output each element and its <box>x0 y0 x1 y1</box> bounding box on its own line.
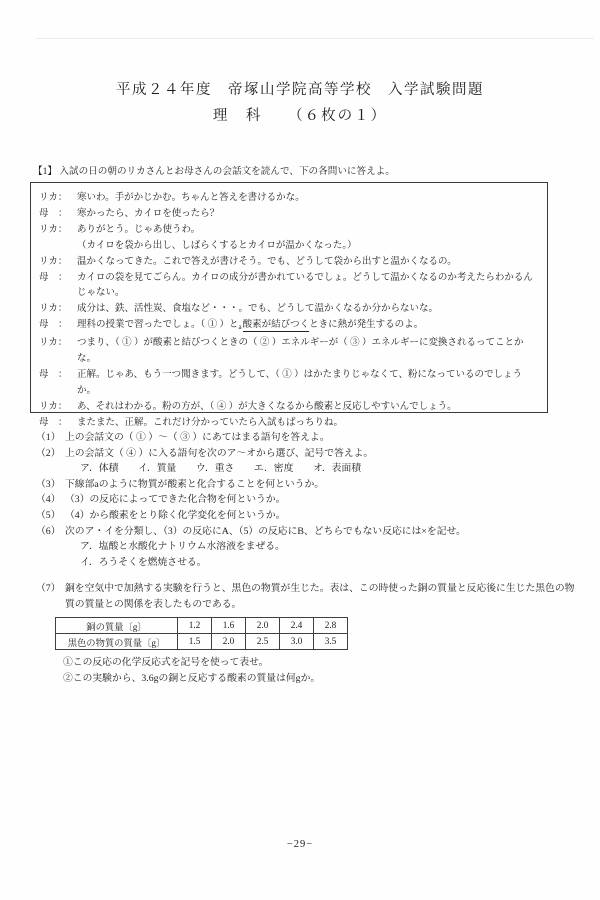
underlined-phrase: 酸素が結びつく <box>243 320 310 332</box>
dialogue-text: 温かくなってきた。これで答えが書けそう。でも、どうして袋から出すと温かくなるの。 <box>77 255 538 271</box>
dialogue-speaker: リカ： <box>39 255 77 271</box>
question-item-6: （6） 次のア・イを分類し、（3）の反応にA、（5）の反応にB、どちらでもない反… <box>36 524 578 540</box>
dialogue-line: 母 ： カイロの袋を見てごらん。カイロの成分が書かれているでしょ。どうして温かく… <box>39 271 538 303</box>
table-value-cell: 3.5 <box>314 634 348 650</box>
dialogue-line: （カイロを袋から出し、しばらくするとカイロが温かくなった。） <box>39 239 538 255</box>
dialogue-line: リカ： 温かくなってきた。これで答えが書けそう。でも、どうして袋から出すと温かく… <box>39 255 538 271</box>
question-label: （2） <box>36 446 65 462</box>
table-value-cell: 2.8 <box>314 618 348 634</box>
dialogue-text: ありがとう。じゃあ使うわ。 <box>77 223 538 239</box>
dialogue-speaker: リカ： <box>39 191 77 207</box>
question-item-7: （7） 銅を空気中で加熱する実験を行うと、黒色の物質が生じた。表は、この時使った… <box>36 581 578 613</box>
subquestion-list: ①この反応の化学反応式を記号を使って表せ。 ②この実験から、3.6gの銅と反応す… <box>63 655 543 687</box>
subquestion-1: ①この反応の化学反応式を記号を使って表せ。 <box>63 655 543 671</box>
table-value-cell: 2.4 <box>280 618 314 634</box>
underline-marker-a: a <box>239 323 242 331</box>
table-row-copper: 銅の質量〔g〕 1.2 1.6 2.0 2.4 2.8 <box>56 618 348 634</box>
dialogue-line: 母 ： 寒かったら、カイロを使ったら？ <box>39 207 538 223</box>
dialogue-text-post: ときに熱が発生するのよ。 <box>309 320 423 330</box>
dialogue-text: カイロの袋を見てごらん。カイロの成分が書かれているでしょ。どうして温かくなるのか… <box>77 271 538 303</box>
dialogue-text: 成分は、鉄、活性炭、食塩など・・・。でも、どうして温かくなるか分からないな。 <box>77 302 538 318</box>
dialogue-speaker: リカ： <box>39 400 77 416</box>
dialogue-speaker <box>39 239 77 255</box>
question-list: （1） 上の会話文の（ ① ）～（ ③ ）にあてはまる語句を答えよ。 （2） 上… <box>36 430 578 570</box>
subquestion-2: ②この実験から、3.6gの銅と反応する酸素の質量は何gか。 <box>63 671 543 687</box>
question-2-options: ア．体積 イ．質量 ウ．重さ エ．密度 オ．表面積 <box>36 461 578 477</box>
question-item-2: （2） 上の会話文（ ④ ）に入る語句を次のア～オから選び、記号で答えよ。 <box>36 446 578 462</box>
question-6-option-a: ア．塩酸と水酸化ナトリウム水溶液をまぜる。 <box>36 539 578 555</box>
dialogue-text: つまり、（ ① ）が酸素と結びつくときの（ ② ）エネルギーが（ ③ ）エネルギ… <box>77 336 538 368</box>
question-item-5: （5） （4）から酸素をとり除く化学変化を何というか。 <box>36 508 578 524</box>
question-text: 銅を空気中で加熱する実験を行うと、黒色の物質が生じた。表は、この時使った銅の質量… <box>65 581 578 613</box>
dialogue-text: あ、それはわかる。粉の方が、（ ④ ）が大きくなるから酸素と反応しやすいんでしょ… <box>77 400 538 416</box>
question-text: （4）から酸素をとり除く化学変化を何というか。 <box>65 508 578 524</box>
question-text: 次のア・イを分類し、（3）の反応にA、（5）の反応にB、どちらでもない反応には×… <box>65 524 578 540</box>
table-value-cell: 1.6 <box>212 618 246 634</box>
question-item-1: （1） 上の会話文の（ ① ）～（ ③ ）にあてはまる語句を答えよ。 <box>36 430 578 446</box>
dialogue-text-pre: 理科の授業で習ったでしょ。（ ① ）と <box>77 320 239 330</box>
table-row-black-substance: 黒色の物質の質量〔g〕 1.5 2.0 2.5 3.0 3.5 <box>56 634 348 650</box>
question-label: （1） <box>36 430 65 446</box>
question-text: （3）の反応によってできた化合物を何というか。 <box>65 492 578 508</box>
dialogue-text: （カイロを袋から出し、しばらくするとカイロが温かくなった。） <box>77 239 538 255</box>
dialogue-speaker: 母 ： <box>39 318 77 336</box>
scan-artifact-line <box>36 38 594 39</box>
question-6-option-i: イ．ろうそくを燃焼させる。 <box>36 555 578 571</box>
question-label: （3） <box>36 477 65 493</box>
question-label: （4） <box>36 492 65 508</box>
dialogue-box: リカ： 寒いわ。手がかじかむ。ちゃんと答えを書けるかな。 母 ： 寒かったら、カ… <box>30 182 548 413</box>
question-text: 上の会話文（ ④ ）に入る語句を次のア～オから選び、記号で答えよ。 <box>65 446 578 462</box>
question-item-3: （3） 下線部aのように物質が酸素と化合することを何というか。 <box>36 477 578 493</box>
question-label: （7） <box>36 581 65 613</box>
dialogue-line: リカ： 成分は、鉄、活性炭、食塩など・・・。でも、どうして温かくなるか分からない… <box>39 302 538 318</box>
question-label: （5） <box>36 508 65 524</box>
question-item-4: （4） （3）の反応によってできた化合物を何というか。 <box>36 492 578 508</box>
dialogue-text: 正解。じゃあ、もう一つ聞きます。どうして、（ ① ）はかたまりじゃなくて、粉にな… <box>77 368 538 400</box>
table-value-cell: 3.0 <box>280 634 314 650</box>
table-value-cell: 1.2 <box>178 618 212 634</box>
dialogue-line-underlined: 母 ： 理科の授業で習ったでしょ。（ ① ）とa酸素が結びつくときに熱が発生する… <box>39 318 538 336</box>
dialogue-speaker: 母 ： <box>39 271 77 303</box>
exam-paper-page: 平成２４年度 帝塚山学院高等学校 入学試験問題 理 科 （６枚の１） 【1】 入… <box>0 0 600 900</box>
dialogue-line: リカ： つまり、（ ① ）が酸素と結びつくときの（ ② ）エネルギーが（ ③ ）… <box>39 336 538 368</box>
page-title: 平成２４年度 帝塚山学院高等学校 入学試験問題 <box>0 78 600 99</box>
dialogue-speaker: リカ： <box>39 302 77 318</box>
table-header-cell: 黒色の物質の質量〔g〕 <box>56 634 178 650</box>
problem-heading: 【1】 入試の日の朝のリカさんとお母さんの会話文を読んで、下の各問いに答えよ。 <box>33 163 573 177</box>
dialogue-speaker: リカ： <box>39 336 77 368</box>
mass-table: 銅の質量〔g〕 1.2 1.6 2.0 2.4 2.8 黒色の物質の質量〔g〕 … <box>55 617 348 650</box>
dialogue-line: 母 ： 正解。じゃあ、もう一つ聞きます。どうして、（ ① ）はかたまりじゃなくて… <box>39 368 538 400</box>
dialogue-text: 寒かったら、カイロを使ったら？ <box>77 207 538 223</box>
page-subtitle: 理 科 （６枚の１） <box>0 104 600 125</box>
table-value-cell: 2.0 <box>246 618 280 634</box>
table-value-cell: 2.5 <box>246 634 280 650</box>
dialogue-speaker: 母 ： <box>39 368 77 400</box>
table-header-cell: 銅の質量〔g〕 <box>56 618 178 634</box>
dialogue-text: 理科の授業で習ったでしょ。（ ① ）とa酸素が結びつくときに熱が発生するのよ。 <box>77 318 538 336</box>
question-text: 下線部aのように物質が酸素と化合することを何というか。 <box>65 477 578 493</box>
table-value-cell: 2.0 <box>212 634 246 650</box>
dialogue-line: リカ： 寒いわ。手がかじかむ。ちゃんと答えを書けるかな。 <box>39 191 538 207</box>
dialogue-speaker: 母 ： <box>39 207 77 223</box>
dialogue-line: リカ： あ、それはわかる。粉の方が、（ ④ ）が大きくなるから酸素と反応しやすい… <box>39 400 538 416</box>
dialogue-speaker: リカ： <box>39 223 77 239</box>
question-label: （6） <box>36 524 65 540</box>
dialogue-text: 寒いわ。手がかじかむ。ちゃんと答えを書けるかな。 <box>77 191 538 207</box>
question-text: 上の会話文の（ ① ）～（ ③ ）にあてはまる語句を答えよ。 <box>65 430 578 446</box>
dialogue-line: リカ： ありがとう。じゃあ使うわ。 <box>39 223 538 239</box>
page-number: −29− <box>0 839 600 850</box>
table-value-cell: 1.5 <box>178 634 212 650</box>
